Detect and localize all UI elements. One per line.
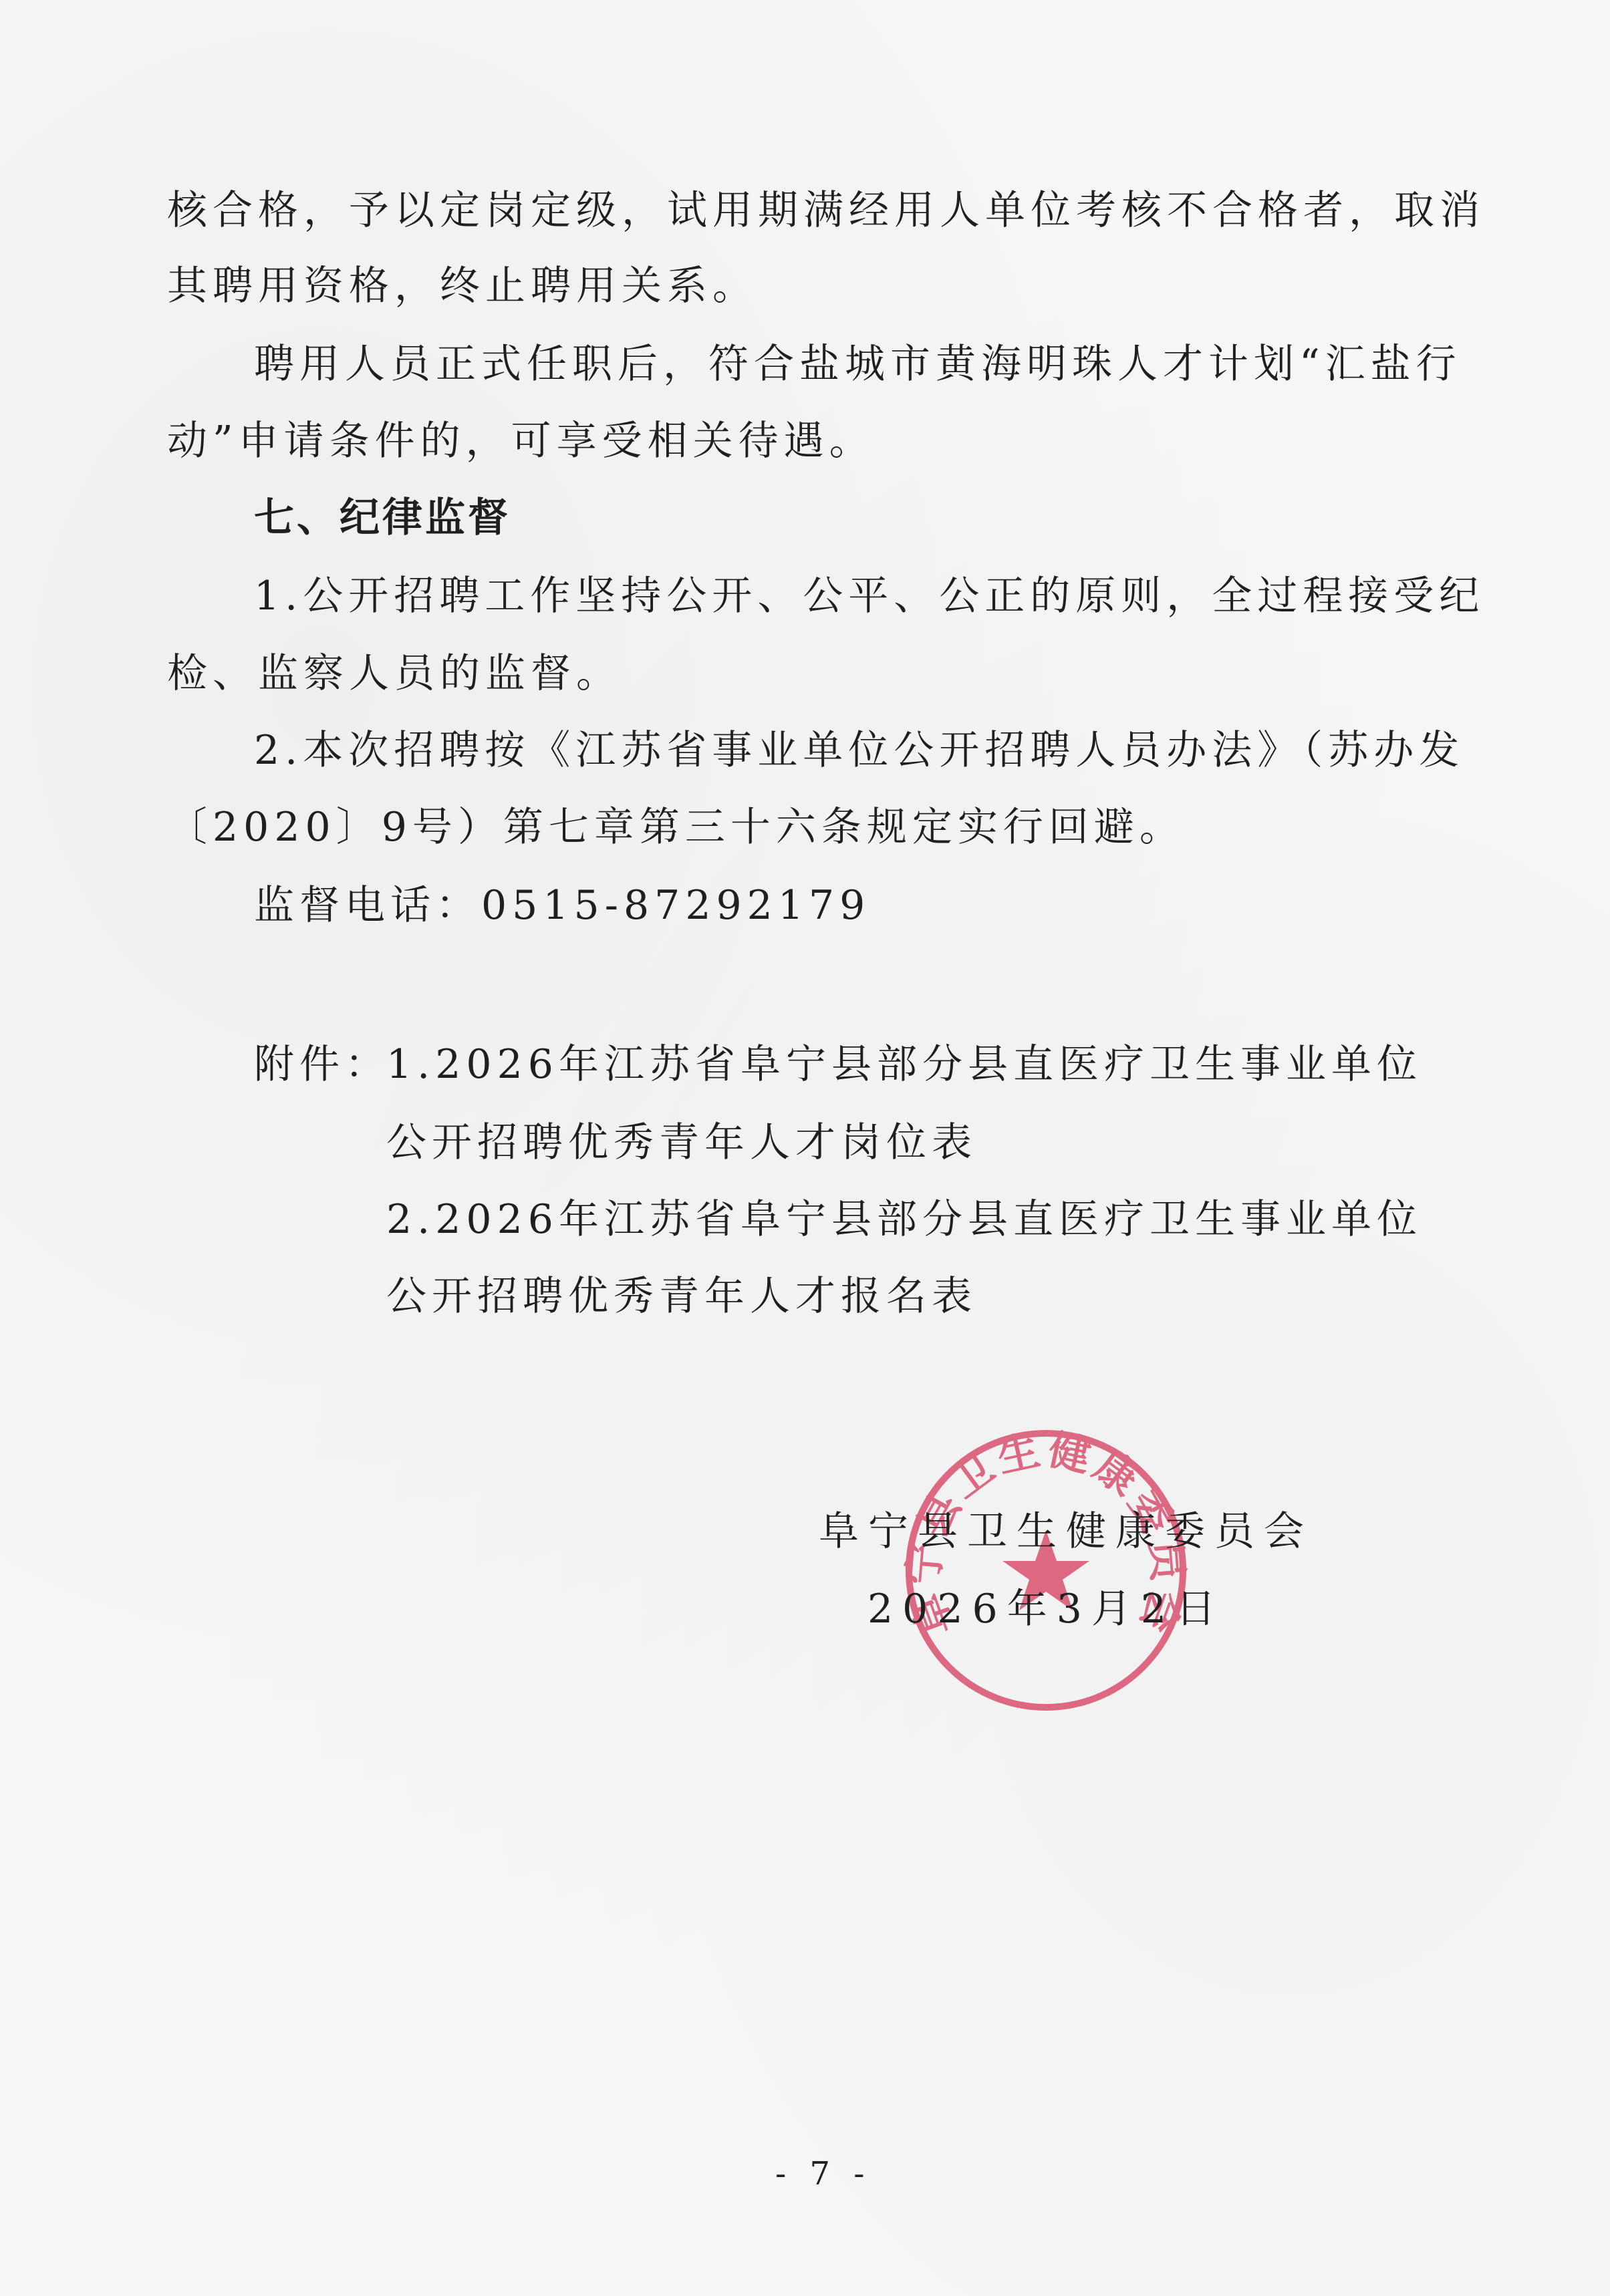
section-heading: 七、纪律监督 — [254, 498, 511, 538]
page-number: - 7 - — [775, 2155, 871, 2192]
item-line: 检、监察人员的监督。 — [167, 654, 622, 694]
item-line: 1.公开招聘工作坚持公开、公平、公正的原则，全过程接受纪 — [254, 576, 1444, 616]
attachment-item: 公开招聘优秀青年人才报名表 — [386, 1276, 977, 1316]
attachment-item: 2.2026年江苏省阜宁县部分县直医疗卫生事业单位 — [386, 1199, 1422, 1240]
paragraph-line: 动”申请条件的，可享受相关待遇。 — [167, 421, 875, 461]
item-line: 〔2020〕9号）第七章第三十六条规定实行回避。 — [167, 807, 1185, 847]
item-line: 2.本次招聘按《江苏省事业单位公开招聘人员办法》（苏办发 — [254, 730, 1444, 770]
attachments-label: 附件： — [254, 1044, 390, 1085]
paragraph-line: 聘用人员正式任职后，符合盐城市黄海明珠人才计划“汇盐行 — [254, 344, 1444, 384]
document-page: 核合格，予以定岗定级，试用期满经用人单位考核不合格者，取消 其聘用资格，终止聘用… — [0, 0, 1610, 2296]
hotline: 监督电话：0515-87292179 — [254, 885, 870, 925]
signature-organization: 阜宁县卫生健康委员会 — [819, 1512, 1313, 1552]
signature-date: 2026年3月2日 — [867, 1589, 1225, 1629]
attachment-item: 公开招聘优秀青年人才岗位表 — [386, 1123, 977, 1163]
official-seal-icon: 阜宁县卫生健康委员会 — [899, 1423, 1193, 1717]
paragraph-line: 其聘用资格，终止聘用关系。 — [167, 266, 758, 306]
paragraph-line: 核合格，予以定岗定级，试用期满经用人单位考核不合格者，取消 — [167, 190, 1444, 231]
attachment-item: 1.2026年江苏省阜宁县部分县直医疗卫生事业单位 — [386, 1044, 1422, 1085]
